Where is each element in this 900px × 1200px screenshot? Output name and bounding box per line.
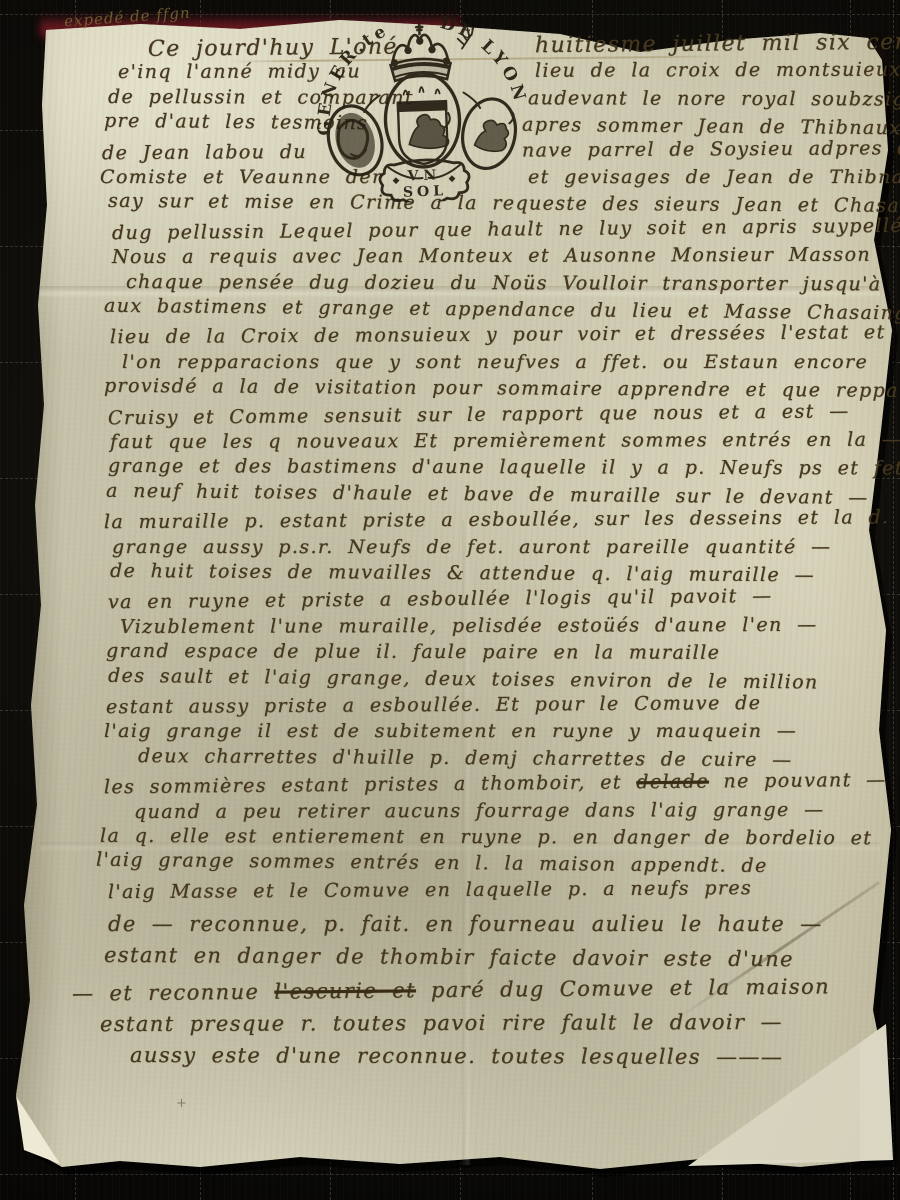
manuscript-line: de — reconnue, p. fait. en fourneau auli… [0,912,900,940]
handwritten-text: de Jean labou du [102,140,307,163]
manuscript-line-segment: la q. elle est entierement en ruyne p. e… [100,825,872,849]
denomination-line2: SOL [403,183,448,201]
manuscript-line-segment: l'aig grange sommes entrés en l. la mais… [96,849,768,877]
manuscript-line-segment: de Jean labou du [102,140,307,163]
stamp-artwork: VN SOL ◆ ◆ GENER.te DE LYON [313,10,532,206]
manuscript-line: aussy este d'une reconnue. toutes lesque… [0,1042,900,1073]
handwritten-text: ne pouvant — [709,769,887,793]
cartouche-ornament-right: ◆ [448,174,455,184]
manuscript-line-segment: la muraille p. estant priste a esboullée… [104,506,900,533]
handwritten-text: et gevisages de Jean de Thibnaux Jacques [528,166,900,188]
manuscript-line-segment: de huit toises de muvailles & attendue q… [110,560,815,586]
handwritten-text: lieu de la croix de montsuieux x parrois… [535,58,900,82]
handwritten-text: de — reconnue, p. fait. en fourneau auli… [108,912,823,936]
handwritten-text: la muraille p. estant priste a esboullée… [104,506,900,533]
struck-out-word: l'escurie et [274,978,416,1003]
manuscript-line-segment: l'aig Masse et le Comuve en laquelle p. … [108,877,752,903]
handwritten-text: dug pellussin Lequel pour que hault ne l… [112,215,900,244]
manuscript-line-segment: chaque pensée dug dozieu du Noüs Voulloi… [126,271,882,295]
manuscript-line-segment: Vizublement l'une muraille, pelisdée est… [120,614,818,638]
manuscript-line-segment: Cruisy et Comme sensuit sur le rapport q… [108,400,850,429]
handwritten-text: grange et des bastimens d'aune laquelle … [108,455,900,480]
handwritten-text: faut que les q nouveaux Et premièrement … [110,429,900,453]
manuscript-line-segment: quand a peu retirer aucuns fourrage dans… [134,798,825,822]
handwritten-text: Vizublement l'une muraille, pelisdée est… [120,614,818,638]
handwritten-text: estant aussy priste a esboullée. Et pour… [106,692,761,718]
handwritten-text: deux charrettes d'huille p. demj charret… [138,745,793,771]
handwritten-text: aussy este d'une reconnue. toutes lesque… [130,1043,783,1069]
manuscript-line-segment: de — reconnue, p. fait. en fourneau auli… [108,912,823,936]
manuscript-line: l'aig Masse et le Comuve en laquelle p. … [0,876,900,910]
manuscript-line-segment: audevant le nore royal soubzsignés et — [528,87,900,111]
handwritten-text: l'aig Masse et le Comuve en laquelle p. … [108,877,752,903]
handwritten-text: va en ruyne et priste a esboullée l'logi… [108,585,773,613]
handwritten-text: nave parrel de Soysieu adpres de — [522,136,900,161]
manuscript-line-segment: grange aussy p.s.r. Neufs de fet. auront… [112,536,831,558]
manuscript-line-segment: aussy este d'une reconnue. toutes lesque… [130,1043,783,1069]
handwritten-text: Nous a requis avec Jean Monteux et Auson… [112,244,871,268]
manuscript-line-segment: estant presque r. toutes pavoi rire faul… [100,1010,783,1036]
handwritten-text: chaque pensée dug dozieu du Noüs Voulloi… [126,271,882,295]
denomination-line1: VN [406,167,441,184]
handwritten-text: — et reconnue [72,979,275,1005]
handwritten-text: provisdé a la de visitation pour sommair… [104,375,900,403]
handwritten-text: estant presque r. toutes pavoi rire faul… [100,1010,783,1036]
handwritten-text: apres sommer Jean de Thibnaux x fils — [522,114,900,141]
center-shield-lion [384,72,461,169]
manuscript-line: — et reconnue l'escurie et paré dug Comu… [0,974,900,1010]
struck-out-word: delade [636,771,709,794]
handwritten-text: l'aig grange sommes entrés en l. la mais… [96,849,768,877]
manuscript-line: estant en danger de thombir faicte davoi… [0,942,900,976]
handwritten-text: grange aussy p.s.r. Neufs de fet. auront… [112,536,831,558]
manuscript-line-segment: dug pellussin Lequel pour que hault ne l… [112,215,900,244]
manuscript-line-segment: grand espace de plue il. faule paire en … [106,640,720,664]
manuscript-line: Nous a requis avec Jean Monteux et Auson… [0,244,900,275]
handwritten-text: paré dug Comuve et la maison [416,974,830,1002]
manuscript-line: estant presque r. toutes pavoi rire faul… [0,1009,900,1040]
manuscript-line-segment: lieu de la Croix de monsuieux y pour voi… [110,321,900,348]
manuscript-line-segment: l'on repparacions que y sont neufves a f… [122,351,868,373]
handwritten-text: estant en danger de thombir faicte davoi… [104,943,794,971]
manuscript-line-segment: huitiesme juillet mil six cens quatre vi… [535,28,900,58]
handwritten-text: quand a peu retirer aucuns fourrage dans… [134,798,825,822]
manuscript-line-segment: faut que les q nouveaux Et premièrement … [110,429,900,453]
handwritten-text: huitiesme juillet mil six cens quatre vi… [535,28,900,58]
manuscript-line-segment: deux charrettes d'huille p. demj charret… [138,745,793,771]
manuscript-line-segment: va en ruyne et priste a esboullée l'logi… [108,585,773,613]
stamp-arc-right-text: DE LYON [437,10,530,109]
handwritten-text: grand espace de plue il. faule paire en … [106,640,720,664]
manuscript-line-segment: estant en danger de thombir faicte davoi… [104,943,794,971]
handwritten-text: l'aig grange il est de subitement en ruy… [104,720,797,742]
manuscript-line-segment: apres sommer Jean de Thibnaux x fils — [522,114,900,141]
cartouche-ornament-left: ◆ [392,176,399,186]
manuscript-line-segment: estant aussy priste a esboullée. Et pour… [106,692,761,718]
handwritten-text: les sommières estant pristes a thomboir,… [104,771,637,798]
handwritten-text: la q. elle est entierement en ruyne p. e… [100,825,872,849]
handwritten-text: l'on repparacions que y sont neufves a f… [122,351,868,373]
manuscript-line-segment: — et reconnue l'escurie et paré dug Comu… [72,974,830,1005]
photograph-of-manuscript: expedé de ffgn + Ce jourd'huy L'onéhuiti… [0,0,900,1200]
handwritten-text: lieu de la Croix de monsuieux y pour voi… [110,321,900,348]
manuscript-line-segment: provisdé a la de visitation pour sommair… [104,375,900,403]
manuscript-line-segment: et gevisages de Jean de Thibnaux Jacques [528,166,900,188]
manuscript-line-segment: grange et des bastimens d'aune laquelle … [108,455,900,480]
manuscript-line-segment: Nous a requis avec Jean Monteux et Auson… [112,244,871,268]
manuscript-line-segment: lieu de la croix de montsuieux x parrois… [535,58,900,82]
manuscript-line-segment: nave parrel de Soysieu adpres de — [522,136,900,161]
manuscript-line-segment: l'aig grange il est de subitement en ruy… [104,720,797,742]
handwritten-text: de huit toises de muvailles & attendue q… [110,560,815,586]
handwritten-text: Cruisy et Comme sensuit sur le rapport q… [108,400,850,429]
tax-stamp-generalite-de-lyon: VN SOL ◆ ◆ GENER.te DE LYON [313,6,532,205]
handwritten-text: audevant le nore royal soubzsignés et — [528,87,900,111]
